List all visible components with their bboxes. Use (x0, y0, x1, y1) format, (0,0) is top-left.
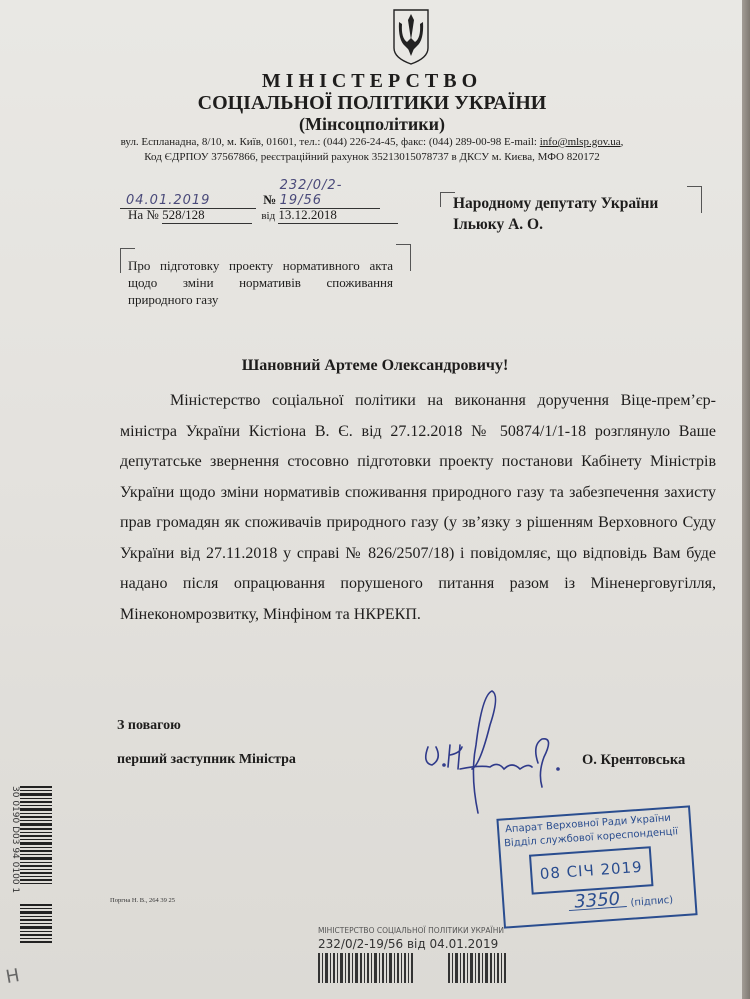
reply-date-label: від (261, 210, 275, 222)
barcode-registration-number: 232/0/2-19/56 від 04.01.2019 (318, 937, 498, 951)
letter-page: МІНІСТЕРСТВО СОЦІАЛЬНОЇ ПОЛІТИКИ УКРАЇНИ… (0, 0, 744, 999)
ministry-title: МІНІСТЕРСТВО (0, 70, 744, 93)
stamp-date: 08 СІЧ 2019 (529, 846, 653, 894)
reply-label: На № (128, 207, 159, 222)
reply-date: 13.12.2018 (278, 207, 398, 224)
letter-subject: Про підготовку проекту нормативного акта… (128, 257, 393, 308)
outgoing-number: 232/0/2-19/56 (280, 178, 380, 209)
signer-name: О. Крентовська (582, 752, 685, 769)
number-label: № (263, 192, 276, 207)
handwritten-mark: Н (4, 965, 21, 988)
letter-body: Міністерство соціальної політики на вико… (120, 386, 716, 630)
address-suffix: , (621, 136, 624, 148)
handwritten-signature-icon (420, 685, 570, 820)
recipient-block: Народному депутату України Ільюку А. О. (453, 193, 658, 235)
registration-line: 04.01.2019 № 232/0/2-19/56 (120, 178, 380, 209)
recipient-title: Народному депутату України (453, 193, 658, 214)
vertical-barcode-digits: 30 0190 D03 94 0100 1 (6, 786, 20, 893)
ministry-address: вул. Еспланадна, 8/10, м. Київ, 01601, т… (0, 136, 744, 148)
greeting: Шановний Артеме Олександровичу! (0, 357, 750, 375)
subject-bracket-right (396, 244, 411, 271)
horizontal-barcode-icon (318, 953, 508, 983)
closing: З повагою (117, 718, 181, 734)
recipient-name: Ільюку А. О. (453, 214, 658, 235)
executor-contact: Поргна Н. В., 264 39 25 (110, 897, 175, 904)
recipient-bracket-right (687, 186, 702, 213)
ministry-short-name: (Мінсоцполітики) (0, 114, 744, 135)
reply-number: 528/128 (162, 207, 252, 224)
signer-position: перший заступник Міністра (117, 752, 296, 768)
incoming-stamp: Апарат Верховної Ради України Відділ слу… (496, 805, 697, 928)
ministry-subtitle: СОЦІАЛЬНОЇ ПОЛІТИКИ УКРАЇНИ (0, 92, 744, 115)
email-link[interactable]: info@mlsp.gov.ua (540, 136, 621, 148)
trident-emblem-icon (391, 8, 431, 66)
barcode-ministry-label: МІНІСТЕРСТВО СОЦІАЛЬНОЇ ПОЛІТИКИ УКРАЇНИ (318, 926, 504, 935)
ministry-requisites: Код ЄДРПОУ 37567866, реєстраційний рахун… (0, 151, 744, 163)
stamp-sign-label: (підпис) (630, 895, 673, 909)
page-edge-shadow (742, 0, 750, 999)
address-text: вул. Еспланадна, 8/10, м. Київ, 01601, т… (121, 136, 540, 148)
reply-reference: На № 528/128 від 13.12.2018 (128, 207, 398, 224)
vertical-barcode-icon (20, 786, 52, 946)
